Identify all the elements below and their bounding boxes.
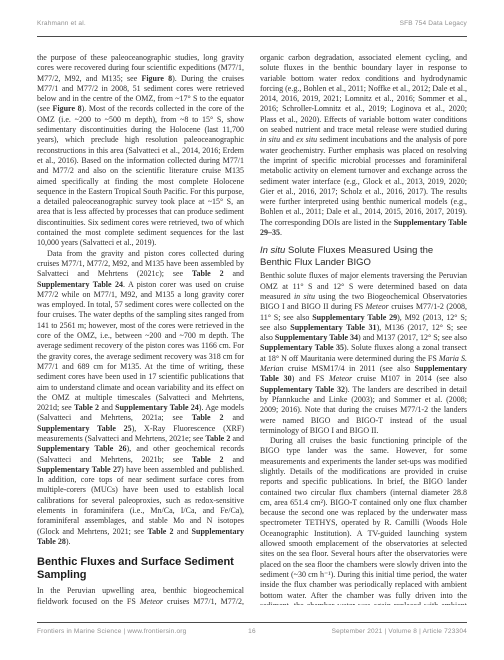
body-paragraph: During all cruises the basic functioning…: [260, 436, 467, 605]
body-paragraph: the purpose of these paleoceanographic s…: [37, 53, 244, 249]
paper-page: Krahmann et al. SFB 754 Data Legacy the …: [0, 0, 504, 660]
body-paragraph: organic carbon degradation, associated e…: [260, 53, 467, 238]
subsection-heading: In situ Solute Fluxes Measured Using the…: [260, 245, 467, 268]
footer-citation: September 2021 | Volume 8 | Article 7233…: [332, 628, 467, 635]
running-head-title: SFB 754 Data Legacy: [400, 20, 467, 27]
running-head: Krahmann et al. SFB 754 Data Legacy: [37, 20, 467, 27]
section-heading: Benthic Fluxes and Surface Sediment Samp…: [37, 556, 244, 582]
page-footer: 16 Frontiers in Marine Science | www.fro…: [37, 628, 467, 635]
header-rule: [37, 36, 467, 37]
body-paragraph: In the Peruvian upwelling area, benthic …: [37, 586, 244, 605]
left-column: the purpose of these paleoceanographic s…: [37, 53, 244, 605]
footer-journal: Frontiers in Marine Science | www.fronti…: [37, 628, 186, 635]
body-paragraph: Data from the gravity and piston cores c…: [37, 249, 244, 548]
right-column: organic carbon degradation, associated e…: [260, 53, 467, 605]
body-paragraph: Benthic solute fluxes of major elements …: [260, 271, 467, 436]
running-head-authors: Krahmann et al.: [37, 20, 86, 27]
footer-rule: [37, 622, 467, 623]
